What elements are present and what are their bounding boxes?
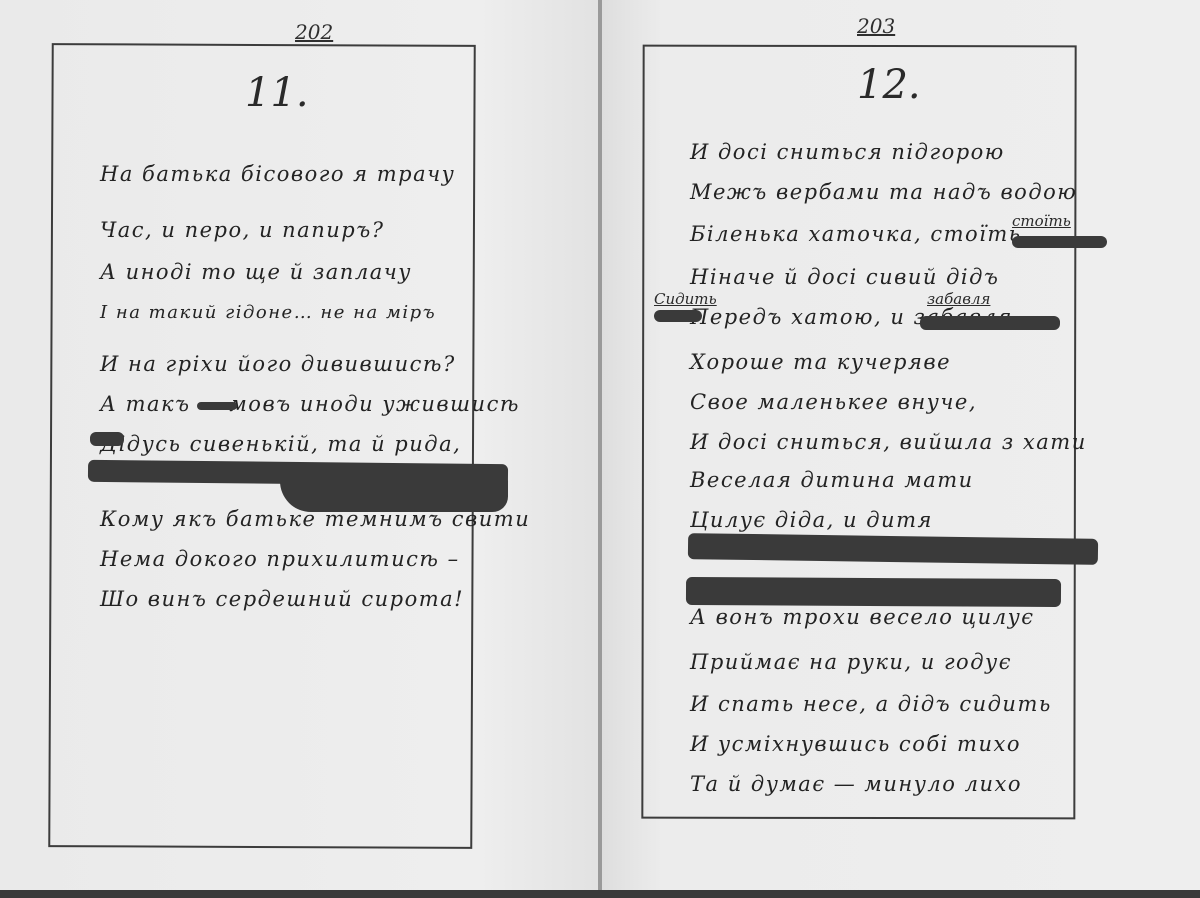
poem-line: Час, и перо, и папиръ? — [100, 218, 384, 242]
poem-line: Веселая дитина мати — [690, 468, 974, 492]
left-page: 202 11. На батька бісового я трачу Час, … — [0, 0, 598, 890]
struck-line-bar — [280, 478, 508, 512]
left-poem-number: 11. — [245, 70, 309, 116]
poem-line: И на гріхи його дивившисѣ? — [100, 352, 456, 376]
struck-line-bar — [686, 577, 1061, 607]
poem-line: Хороше та кучеряве — [690, 350, 951, 374]
poem-line: И досі сниться підгорою — [690, 140, 1005, 164]
poem-line: А такъ — мовъ иноди ужившисѣ — [100, 392, 520, 416]
poem-line: А вонъ трохи весело цилує — [690, 605, 1035, 629]
strikethrough-mark — [90, 432, 124, 446]
poem-line: Ніначе й досі сивий дідъ — [690, 265, 999, 289]
strikethrough-mark — [654, 310, 702, 322]
strikethrough-mark — [197, 402, 237, 410]
poem-line: И спать несе, а дідъ сидить — [690, 692, 1052, 716]
poem-line: Та й думає — минуло лихо — [690, 772, 1022, 796]
poem-line: Біленька хаточка, стоїть, — [690, 222, 1030, 246]
poem-line: І на такий гідоне… не на міръ — [100, 302, 436, 323]
manuscript-spread: 202 11. На батька бісового я трачу Час, … — [0, 0, 1200, 898]
poem-line: Свое маленькее внуче, — [690, 390, 977, 414]
strikethrough-mark — [1012, 236, 1107, 248]
poem-line: Шо винъ сердешний сирота! — [100, 587, 464, 611]
poem-line: На батька бісового я трачу — [100, 162, 455, 186]
poem-line: И усміхнувшись собі тихо — [690, 732, 1021, 756]
poem-line: Межъ вербами та надъ водою — [690, 180, 1077, 204]
poem-line: А иноді то ще й заплачу — [100, 260, 412, 284]
left-page-number: 202 — [295, 20, 333, 44]
inserted-word: стоїть — [1012, 212, 1071, 230]
poem-line: Цилує діда, и дитя — [690, 508, 933, 532]
inserted-word: Сидить — [654, 290, 717, 308]
strikethrough-mark — [920, 316, 1060, 330]
right-page: 203 12. И досі сниться підгорою Межъ вер… — [602, 0, 1200, 890]
right-poem-number: 12. — [857, 62, 921, 108]
poem-line: И досі сниться, вийшла з хати — [690, 430, 1087, 454]
poem-line: Приймає на руки, и годує — [690, 650, 1012, 674]
book-bottom-edge — [0, 890, 1200, 898]
inserted-word: забавля — [927, 290, 990, 308]
poem-line: Нема докого прихилитисѣ – — [100, 547, 460, 571]
poem-line: Дідусь сивенькій, та й рида, — [100, 432, 461, 456]
right-page-number: 203 — [857, 14, 895, 38]
